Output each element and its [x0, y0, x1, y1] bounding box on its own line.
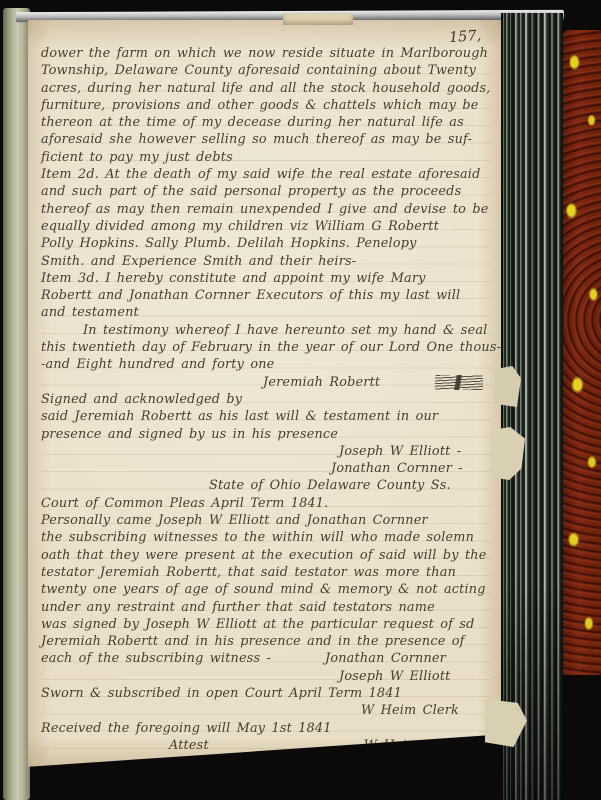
line-right: W Heim Clerk.	[364, 737, 466, 754]
manuscript-line: and such part of the said personal prope…	[41, 183, 492, 200]
book-fore-edges	[501, 13, 563, 800]
manuscript-line: Received the foregoing will May 1st 1841	[41, 720, 492, 737]
manuscript-line: aforesaid she however selling so much th…	[41, 131, 492, 148]
manuscript-line: Polly Hopkins. Sally Plumb. Delilah Hopk…	[41, 235, 492, 252]
manuscript-line: Jeremiah Robertt	[41, 374, 492, 391]
manuscript-line: In testimony whereof I have hereunto set…	[41, 322, 492, 339]
manuscript-line: acres, during her natural life and all t…	[41, 80, 492, 97]
manuscript-line: Jonathan Cornner -	[41, 460, 492, 477]
page-number: 157,	[448, 28, 481, 46]
manuscript-line: Item 2d. At the death of my said wife th…	[41, 166, 492, 183]
manuscript-line: was signed by Joseph W Elliott at the pa…	[41, 616, 492, 633]
manuscript-line: dower the farm on which we now reside si…	[41, 45, 492, 62]
manuscript-line: thereof as may then remain unexpended I …	[41, 201, 492, 218]
manuscript-line: furniture, provisions and other goods & …	[41, 97, 492, 114]
paper-tab-top	[283, 13, 353, 25]
line-left: Attest	[169, 737, 209, 754]
manuscript-line: ficient to pay my just debts	[41, 149, 492, 166]
manuscript-line: this twentieth day of February in the ye…	[41, 339, 492, 356]
manuscript-line: Joseph W Elliott	[41, 668, 492, 685]
manuscript-line: Item 3d. I hereby constitute and appoint…	[41, 270, 492, 287]
seal-scribble	[435, 375, 483, 390]
manuscript-line: Court of Common Pleas April Term 1841.	[41, 495, 492, 512]
manuscript-line: State of Ohio Delaware County Ss.	[41, 477, 492, 494]
manuscript-line: under any restraint and further that sai…	[41, 599, 492, 616]
manuscript-line: said Jeremiah Robertt as his last will &…	[41, 408, 492, 425]
manuscript-line: Joseph W Elliott -	[41, 443, 492, 460]
book-photo: 157, dower the farm on which we now resi…	[0, 0, 601, 800]
manuscript-line: presence and signed by us in his presenc…	[41, 426, 492, 443]
marbled-cover	[563, 30, 601, 675]
manuscript-line: oath that they were present at the execu…	[41, 547, 492, 564]
manuscript-line: AttestW Heim Clerk.	[41, 737, 492, 754]
left-page-edge	[3, 8, 30, 800]
manuscript-line: Personally came Joseph W Elliott and Jon…	[41, 512, 492, 529]
manuscript-line: equally divided among my children viz Wi…	[41, 218, 492, 235]
manuscript-line: the subscribing witnesses to the within …	[41, 529, 492, 546]
manuscript-line: Sworn & subscribed in open Court April T…	[41, 685, 492, 702]
manuscript-line: each of the subscribing witness -Jonatha…	[41, 650, 492, 667]
manuscript-line: Jeremiah Robertt and in his presence and…	[41, 633, 492, 650]
manuscript-line: Robertt and Jonathan Cornner Executors o…	[41, 287, 492, 304]
line-left: each of the subscribing witness -	[41, 650, 271, 667]
manuscript-line: Township, Delaware County aforesaid cont…	[41, 62, 492, 79]
manuscript-line: Signed and acknowledged by	[41, 391, 492, 408]
manuscript-line: W Heim Clerk	[41, 702, 492, 719]
manuscript-line: -and Eight hundred and forty one	[41, 356, 492, 373]
manuscript-text: dower the farm on which we now reside si…	[41, 45, 492, 754]
manuscript-page: 157, dower the farm on which we now resi…	[28, 20, 501, 772]
manuscript-line: twenty one years of age of sound mind & …	[41, 581, 492, 598]
manuscript-line: and testament	[41, 304, 492, 321]
manuscript-line: Smith. and Experience Smith and their he…	[41, 253, 492, 270]
line-right: Jonathan Cornner	[325, 650, 446, 667]
manuscript-line: thereon at the time of my decease during…	[41, 114, 492, 131]
manuscript-line: testator Jeremiah Robertt, that said tes…	[41, 564, 492, 581]
